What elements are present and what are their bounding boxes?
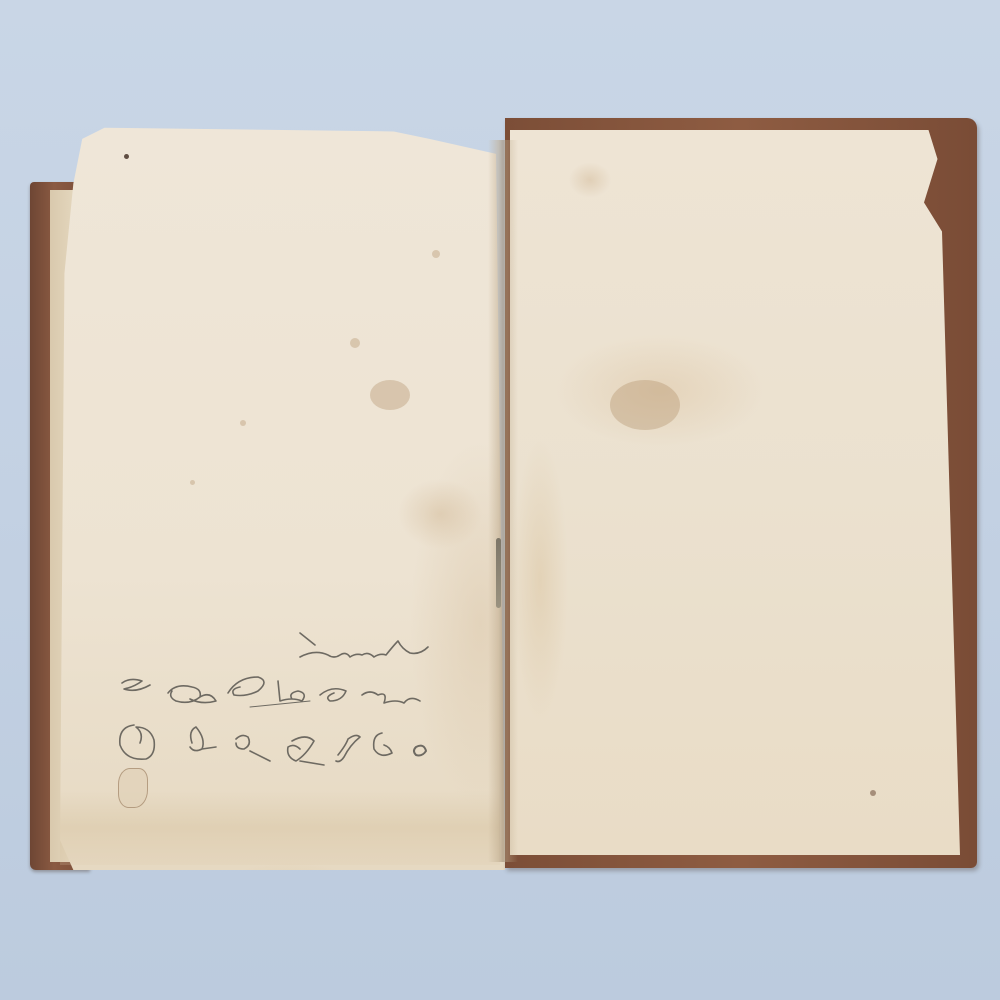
foxing-spot [870, 790, 876, 796]
foxing-spot [240, 420, 246, 426]
foxing-spot [432, 250, 440, 258]
pencil-inscription [110, 615, 450, 805]
foxing-spot [124, 154, 129, 159]
right-endpaper [510, 130, 960, 855]
foxing-spot [350, 338, 360, 348]
foxing-spot [190, 480, 195, 485]
gutter-tear [496, 538, 501, 608]
book-gutter [488, 140, 518, 862]
foxing-spot [370, 380, 410, 410]
photo-scene [0, 0, 1000, 1000]
foxing-spot [610, 380, 680, 430]
